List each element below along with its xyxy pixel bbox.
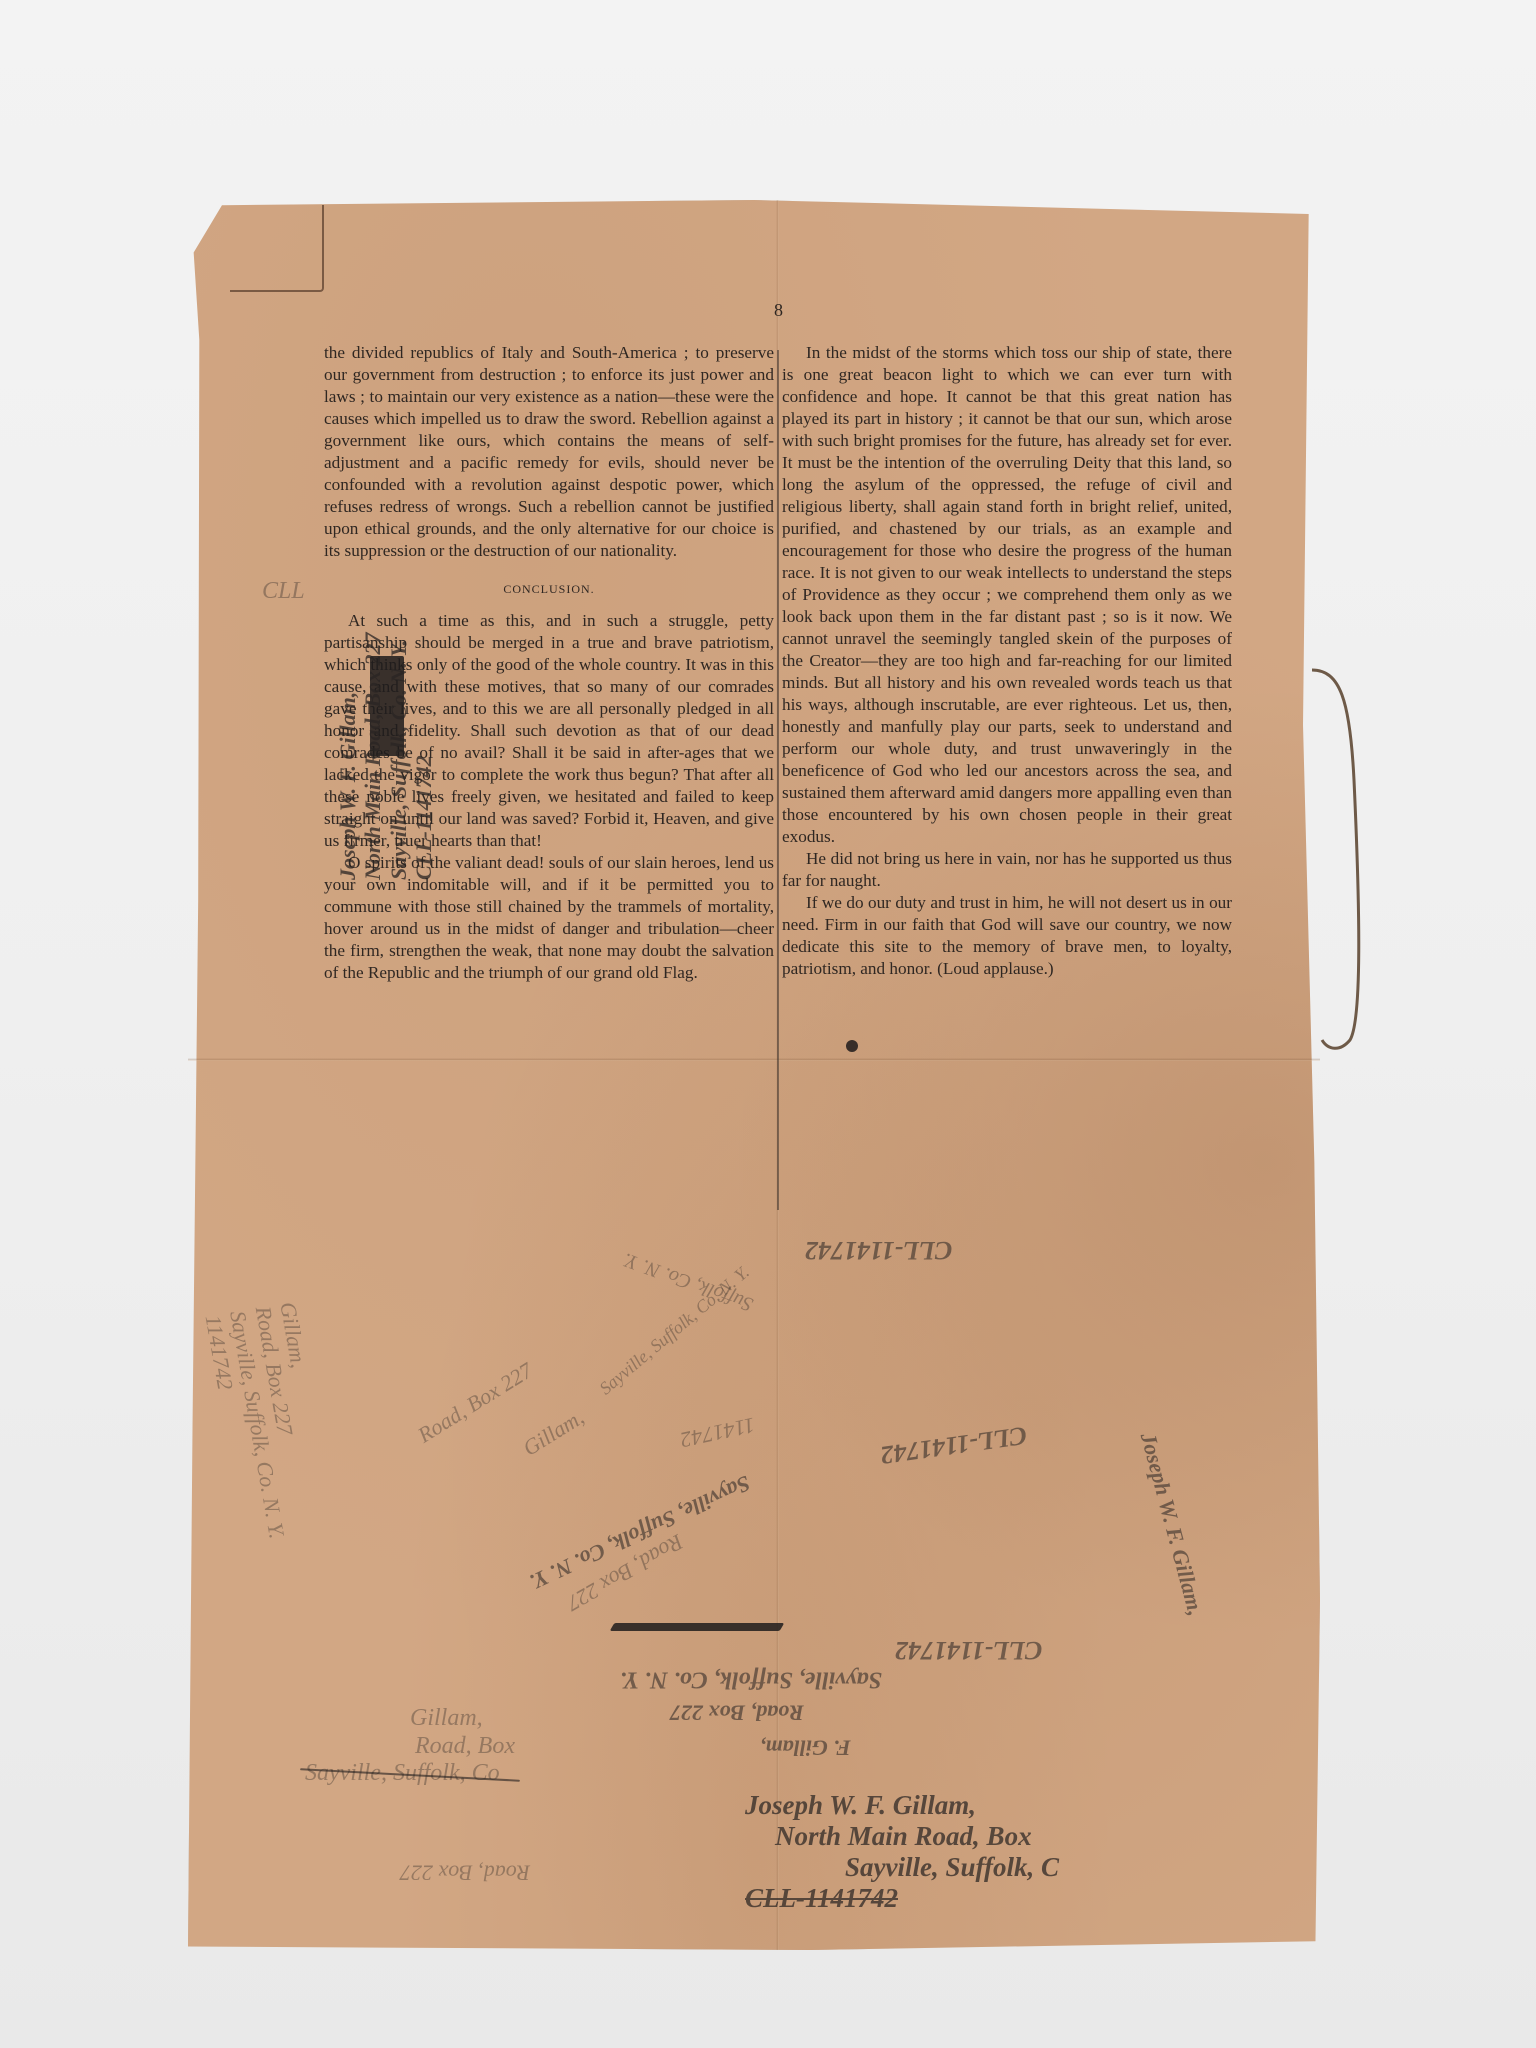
section-heading: CONCLUSION. bbox=[324, 578, 774, 600]
road-box-stamp-inverted-lower: Road, Box 227 bbox=[670, 1700, 804, 1725]
main-address-stamp: Joseph W. F. Gillam, North Main Road, Bo… bbox=[745, 1790, 1059, 1914]
town-stamp-inverted-lower: Sayville, Suffolk, Co. N. Y. bbox=[620, 1665, 882, 1693]
right-paragraph-3: If we do our duty and trust in him, he w… bbox=[782, 892, 1232, 980]
ink-streak bbox=[610, 1623, 785, 1631]
right-paragraph-1: In the midst of the storms which toss ou… bbox=[782, 342, 1232, 848]
horizontal-fold-crease bbox=[188, 1058, 1320, 1061]
right-paragraph-2: He did not bring us here in vain, nor ha… bbox=[782, 848, 1232, 892]
ink-blot bbox=[846, 1040, 858, 1052]
cll-stamp-fragment: CLL bbox=[262, 578, 305, 606]
folded-corner bbox=[230, 205, 324, 292]
left-paragraph-1: the divided republics of Italy and South… bbox=[324, 342, 774, 562]
vertical-address-stamp: Joseph W. F. Gillam, North Main Road, Bo… bbox=[335, 632, 436, 880]
page-number: 8 bbox=[774, 300, 783, 321]
column-divider bbox=[777, 350, 779, 1210]
right-column: In the midst of the storms which toss ou… bbox=[782, 342, 1232, 980]
id-stamp-inverted: CLL-1141742 bbox=[805, 1235, 952, 1265]
lower-left-stamp-inverted: Road, Box 227 bbox=[400, 1860, 530, 1885]
id-stamp-inverted-lower: CLL-1141742 bbox=[895, 1635, 1042, 1665]
binding-string bbox=[1310, 660, 1370, 1060]
f-gillam-stamp-inverted: F. Gillam, bbox=[760, 1735, 851, 1760]
